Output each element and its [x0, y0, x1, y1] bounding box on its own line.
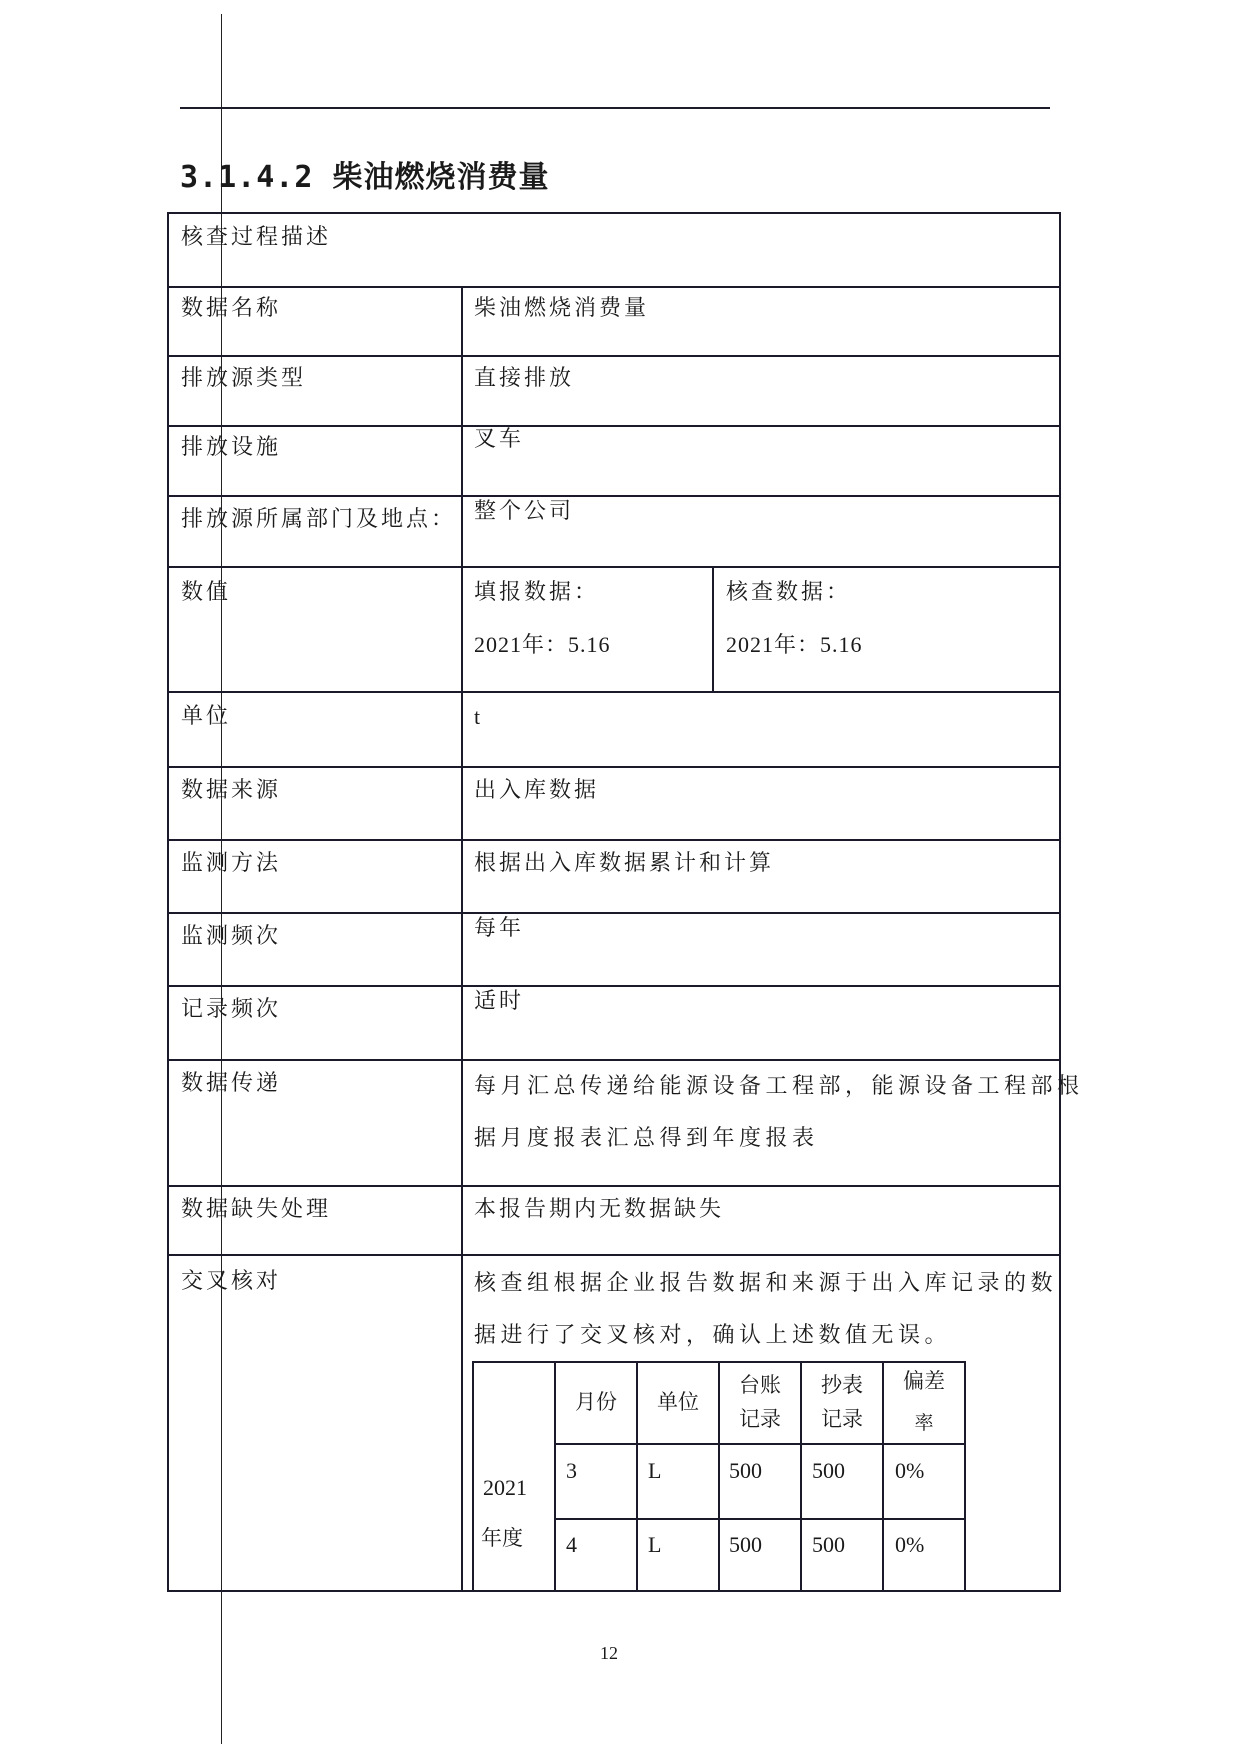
- row-value-line1: 每月汇总传递给能源设备工程部，能源设备工程部根: [474, 1061, 1084, 1113]
- row-label: 数据传递: [181, 1058, 281, 1110]
- year-suffix: 年度: [481, 1521, 541, 1555]
- row-label: 排放源所属部门及地点：: [181, 494, 456, 546]
- inner-row-line: [472, 1361, 966, 1363]
- header-deviation-line1: 偏差: [884, 1364, 964, 1398]
- row-line: [167, 766, 1061, 768]
- row-value: 整个公司: [474, 486, 574, 538]
- row-value: 直接排放: [474, 353, 574, 405]
- cell-unit: L: [648, 1458, 661, 1484]
- row-label: 排放源类型: [181, 353, 306, 405]
- row-line: [167, 912, 1061, 914]
- row-label: 记录频次: [181, 984, 281, 1036]
- inner-col-line: [964, 1361, 966, 1591]
- cell-month: 3: [566, 1458, 577, 1484]
- row-value: 出入库数据: [474, 765, 599, 817]
- row-label: 交叉核对: [181, 1256, 281, 1308]
- year-label: 2021: [483, 1475, 527, 1501]
- cell-ledger: 500: [729, 1532, 762, 1558]
- reported-label: 填报数据：: [474, 567, 599, 619]
- header-deviation-line2: 率: [884, 1406, 964, 1440]
- column-divider: [461, 286, 463, 1591]
- row-value-line1: 核查组根据企业报告数据和来源于出入库记录的数: [474, 1258, 1057, 1310]
- row-label: 监测频次: [181, 911, 281, 963]
- cell-meter: 500: [812, 1532, 845, 1558]
- row-label: 数据来源: [181, 765, 281, 817]
- section-title: 3.1.4.2 柴油燃烧消费量: [180, 152, 550, 196]
- row-line: [167, 566, 1061, 568]
- row-label: 单位: [181, 691, 231, 743]
- row-value-line2: 据月度报表汇总得到年度报表: [474, 1113, 819, 1165]
- table-header: 核查过程描述: [181, 212, 331, 264]
- inner-row-line: [554, 1518, 966, 1520]
- cell-deviation: 0%: [895, 1532, 924, 1558]
- row-value: t: [474, 691, 481, 743]
- inner-col-line: [472, 1361, 474, 1591]
- header-month: 月份: [556, 1385, 636, 1419]
- header-meter-line1: 抄表: [802, 1368, 882, 1402]
- row-label: 排放设施: [181, 422, 281, 474]
- row-value: 适时: [474, 976, 524, 1028]
- row-value: 柴油燃烧消费量: [474, 283, 649, 335]
- section-title-text: 柴油燃烧消费量: [333, 160, 550, 195]
- verified-label: 核查数据：: [726, 567, 851, 619]
- row-label: 数据缺失处理: [181, 1184, 331, 1236]
- cell-deviation: 0%: [895, 1458, 924, 1484]
- row-label: 数据名称: [181, 283, 281, 335]
- table-border-right: [1059, 212, 1061, 1591]
- row-value: 本报告期内无数据缺失: [474, 1184, 724, 1236]
- section-number: 3.1.4.2: [180, 160, 313, 195]
- inner-row-line: [554, 1443, 966, 1445]
- row-line: [167, 1590, 1061, 1592]
- row-value-line2: 据进行了交叉核对，确认上述数值无误。: [474, 1310, 951, 1362]
- reported-value: 2021年：5.16: [474, 619, 611, 671]
- row-value: 叉车: [474, 414, 524, 466]
- row-value: 每年: [474, 903, 524, 955]
- header-ledger-line2: 记录: [720, 1402, 800, 1436]
- header-ledger-line1: 台账: [720, 1368, 800, 1402]
- cell-meter: 500: [812, 1458, 845, 1484]
- verified-value: 2021年：5.16: [726, 619, 863, 671]
- row-label: 监测方法: [181, 838, 281, 890]
- value-subdivider: [712, 566, 714, 691]
- row-line: [167, 1254, 1061, 1256]
- cell-ledger: 500: [729, 1458, 762, 1484]
- table-border-left: [167, 212, 169, 1591]
- cell-unit: L: [648, 1532, 661, 1558]
- row-line: [167, 985, 1061, 987]
- row-value: 根据出入库数据累计和计算: [474, 838, 774, 890]
- header-rule: [180, 107, 1050, 109]
- row-line: [167, 691, 1061, 693]
- header-meter-line2: 记录: [802, 1402, 882, 1436]
- page-number: 12: [600, 1643, 618, 1664]
- cell-month: 4: [566, 1532, 577, 1558]
- row-label: 数值: [181, 567, 231, 619]
- row-line: [167, 425, 1061, 427]
- header-unit: 单位: [638, 1385, 718, 1419]
